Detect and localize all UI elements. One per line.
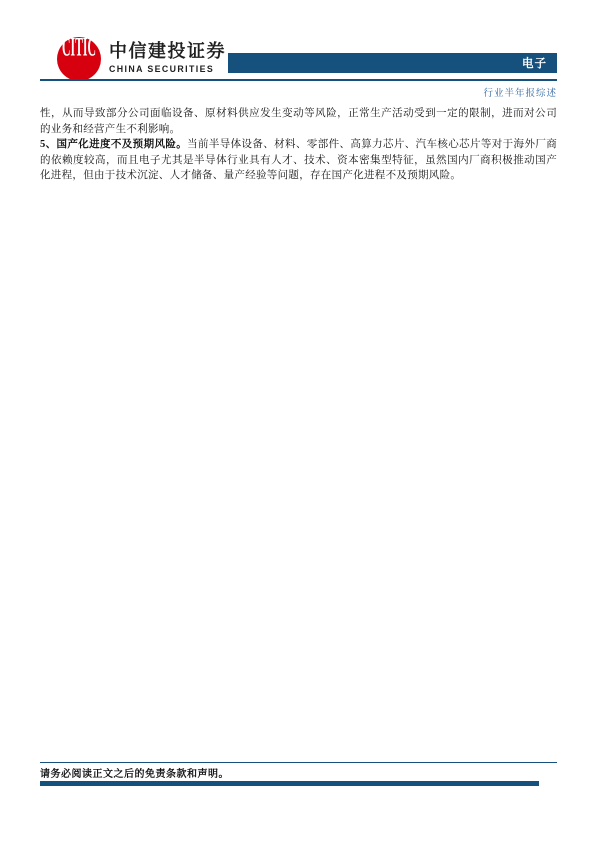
paragraph: 5、国产化进度不及预期风险。当前半导体设备、材料、零部件、高算力芯片、汽车核心芯… bbox=[40, 137, 557, 184]
brand-name-en: CHINA SECURITIES bbox=[109, 64, 226, 74]
risk-item-title: 5、国产化进度不及预期风险。 bbox=[40, 139, 187, 150]
report-subtitle: 行业半年报综述 bbox=[40, 85, 557, 99]
report-page: CITIC 中信建投证券 CHINA SECURITIES 电子 行业半年报综述… bbox=[0, 0, 595, 842]
industry-banner-label: 电子 bbox=[522, 55, 547, 71]
brand-name-cn: 中信建投证券 bbox=[109, 42, 226, 60]
footer-rule bbox=[40, 762, 557, 763]
china-securities-logo-icon: CITIC bbox=[56, 36, 102, 82]
brand-text: 中信建投证券 CHINA SECURITIES bbox=[109, 36, 226, 74]
industry-banner: 电子 bbox=[228, 53, 557, 73]
footer-bar bbox=[40, 781, 539, 786]
paragraph-text: 性，从而导致部分公司面临设备、原材料供应发生变动等风险，正常生产活动受到一定的限… bbox=[40, 108, 557, 135]
paragraph: 性，从而导致部分公司面临设备、原材料供应发生变动等风险，正常生产活动受到一定的限… bbox=[40, 106, 557, 137]
footer-disclaimer: 请务必阅读正文之后的免责条款和声明。 bbox=[40, 765, 229, 780]
report-body: 性，从而导致部分公司面临设备、原材料供应发生变动等风险，正常生产活动受到一定的限… bbox=[40, 106, 557, 184]
header-rule bbox=[40, 79, 557, 81]
brand-logo: CITIC 中信建投证券 CHINA SECURITIES bbox=[56, 36, 226, 82]
svg-text:CITIC: CITIC bbox=[62, 36, 96, 61]
